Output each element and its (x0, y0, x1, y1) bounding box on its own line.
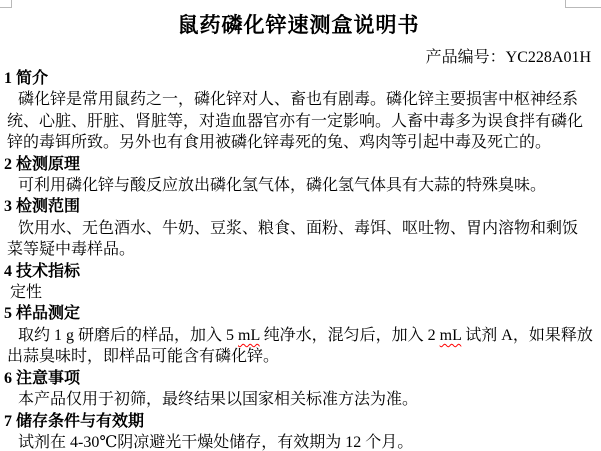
section-heading: 4 技术指标 (4, 261, 593, 282)
section-paragraph: 取约 1 g 研磨后的样品，加入 5 mL 纯净水，混匀后，加入 2 mL 试剂… (7, 325, 593, 368)
section-heading: 2 检测原理 (4, 154, 593, 175)
paragraph-text: 纯净水，混匀后，加入 2 (260, 327, 440, 344)
section-paragraph: 磷化锌是常用鼠药之一，磷化锌对人、畜也有剧毒。磷化锌主要损害中枢神经系统、心脏、… (7, 89, 593, 153)
section-heading: 7 储存条件与有效期 (4, 411, 593, 432)
section-paragraph: 定性 (7, 282, 593, 303)
section-paragraph: 饮用水、无色酒水、牛奶、豆浆、粮食、面粉、毒饵、呕吐物、胃内溶物和剩饭菜等疑中毒… (7, 218, 593, 261)
section-heading: 3 检测范围 (4, 196, 593, 217)
spellcheck-flagged-text: mL (238, 327, 260, 344)
paragraph-text: 取约 1 g 研磨后的样品，加入 5 (18, 327, 238, 344)
section-procedure: 5 样品测定 取约 1 g 研磨后的样品，加入 5 mL 纯净水，混匀后，加入 … (4, 303, 593, 367)
section-notes: 6 注意事项 本产品仅用于初筛，最终结果以国家相关标准方法为准。 (4, 368, 593, 411)
section-intro: 1 简介 磷化锌是常用鼠药之一，磷化锌对人、畜也有剧毒。磷化锌主要损害中枢神经系… (4, 68, 593, 154)
section-specs: 4 技术指标 定性 (4, 261, 593, 304)
section-heading: 6 注意事项 (4, 368, 593, 389)
section-paragraph: 可利用磷化锌与酸反应放出磷化氢气体，磷化氢气体具有大蒜的特殊臭味。 (7, 175, 593, 196)
section-heading: 5 样品测定 (4, 303, 593, 324)
product-code: 产品编号：YC228A01H (4, 47, 593, 68)
spellcheck-flagged-text: mL (440, 327, 462, 344)
section-storage: 7 储存条件与有效期 试剂在 4-30℃阴凉避光干燥处储存，有效期为 12 个月… (4, 411, 593, 451)
document-page: { "page": { "title": "鼠药磷化锌速测盒说明书", "pro… (0, 0, 601, 451)
section-scope: 3 检测范围 饮用水、无色酒水、牛奶、豆浆、粮食、面粉、毒饵、呕吐物、胃内溶物和… (4, 196, 593, 260)
document-body: 鼠药磷化锌速测盒说明书 产品编号：YC228A01H 1 简介 磷化锌是常用鼠药… (0, 0, 601, 451)
section-paragraph: 试剂在 4-30℃阴凉避光干燥处储存，有效期为 12 个月。 (7, 432, 593, 451)
page-corner-mark-top-left (0, 0, 12, 8)
page-corner-mark-top-right (565, 0, 601, 8)
document-title: 鼠药磷化锌速测盒说明书 (4, 12, 593, 39)
section-paragraph: 本产品仅用于初筛，最终结果以国家相关标准方法为准。 (7, 389, 593, 410)
section-heading: 1 简介 (4, 68, 593, 89)
section-principle: 2 检测原理 可利用磷化锌与酸反应放出磷化氢气体，磷化氢气体具有大蒜的特殊臭味。 (4, 154, 593, 197)
